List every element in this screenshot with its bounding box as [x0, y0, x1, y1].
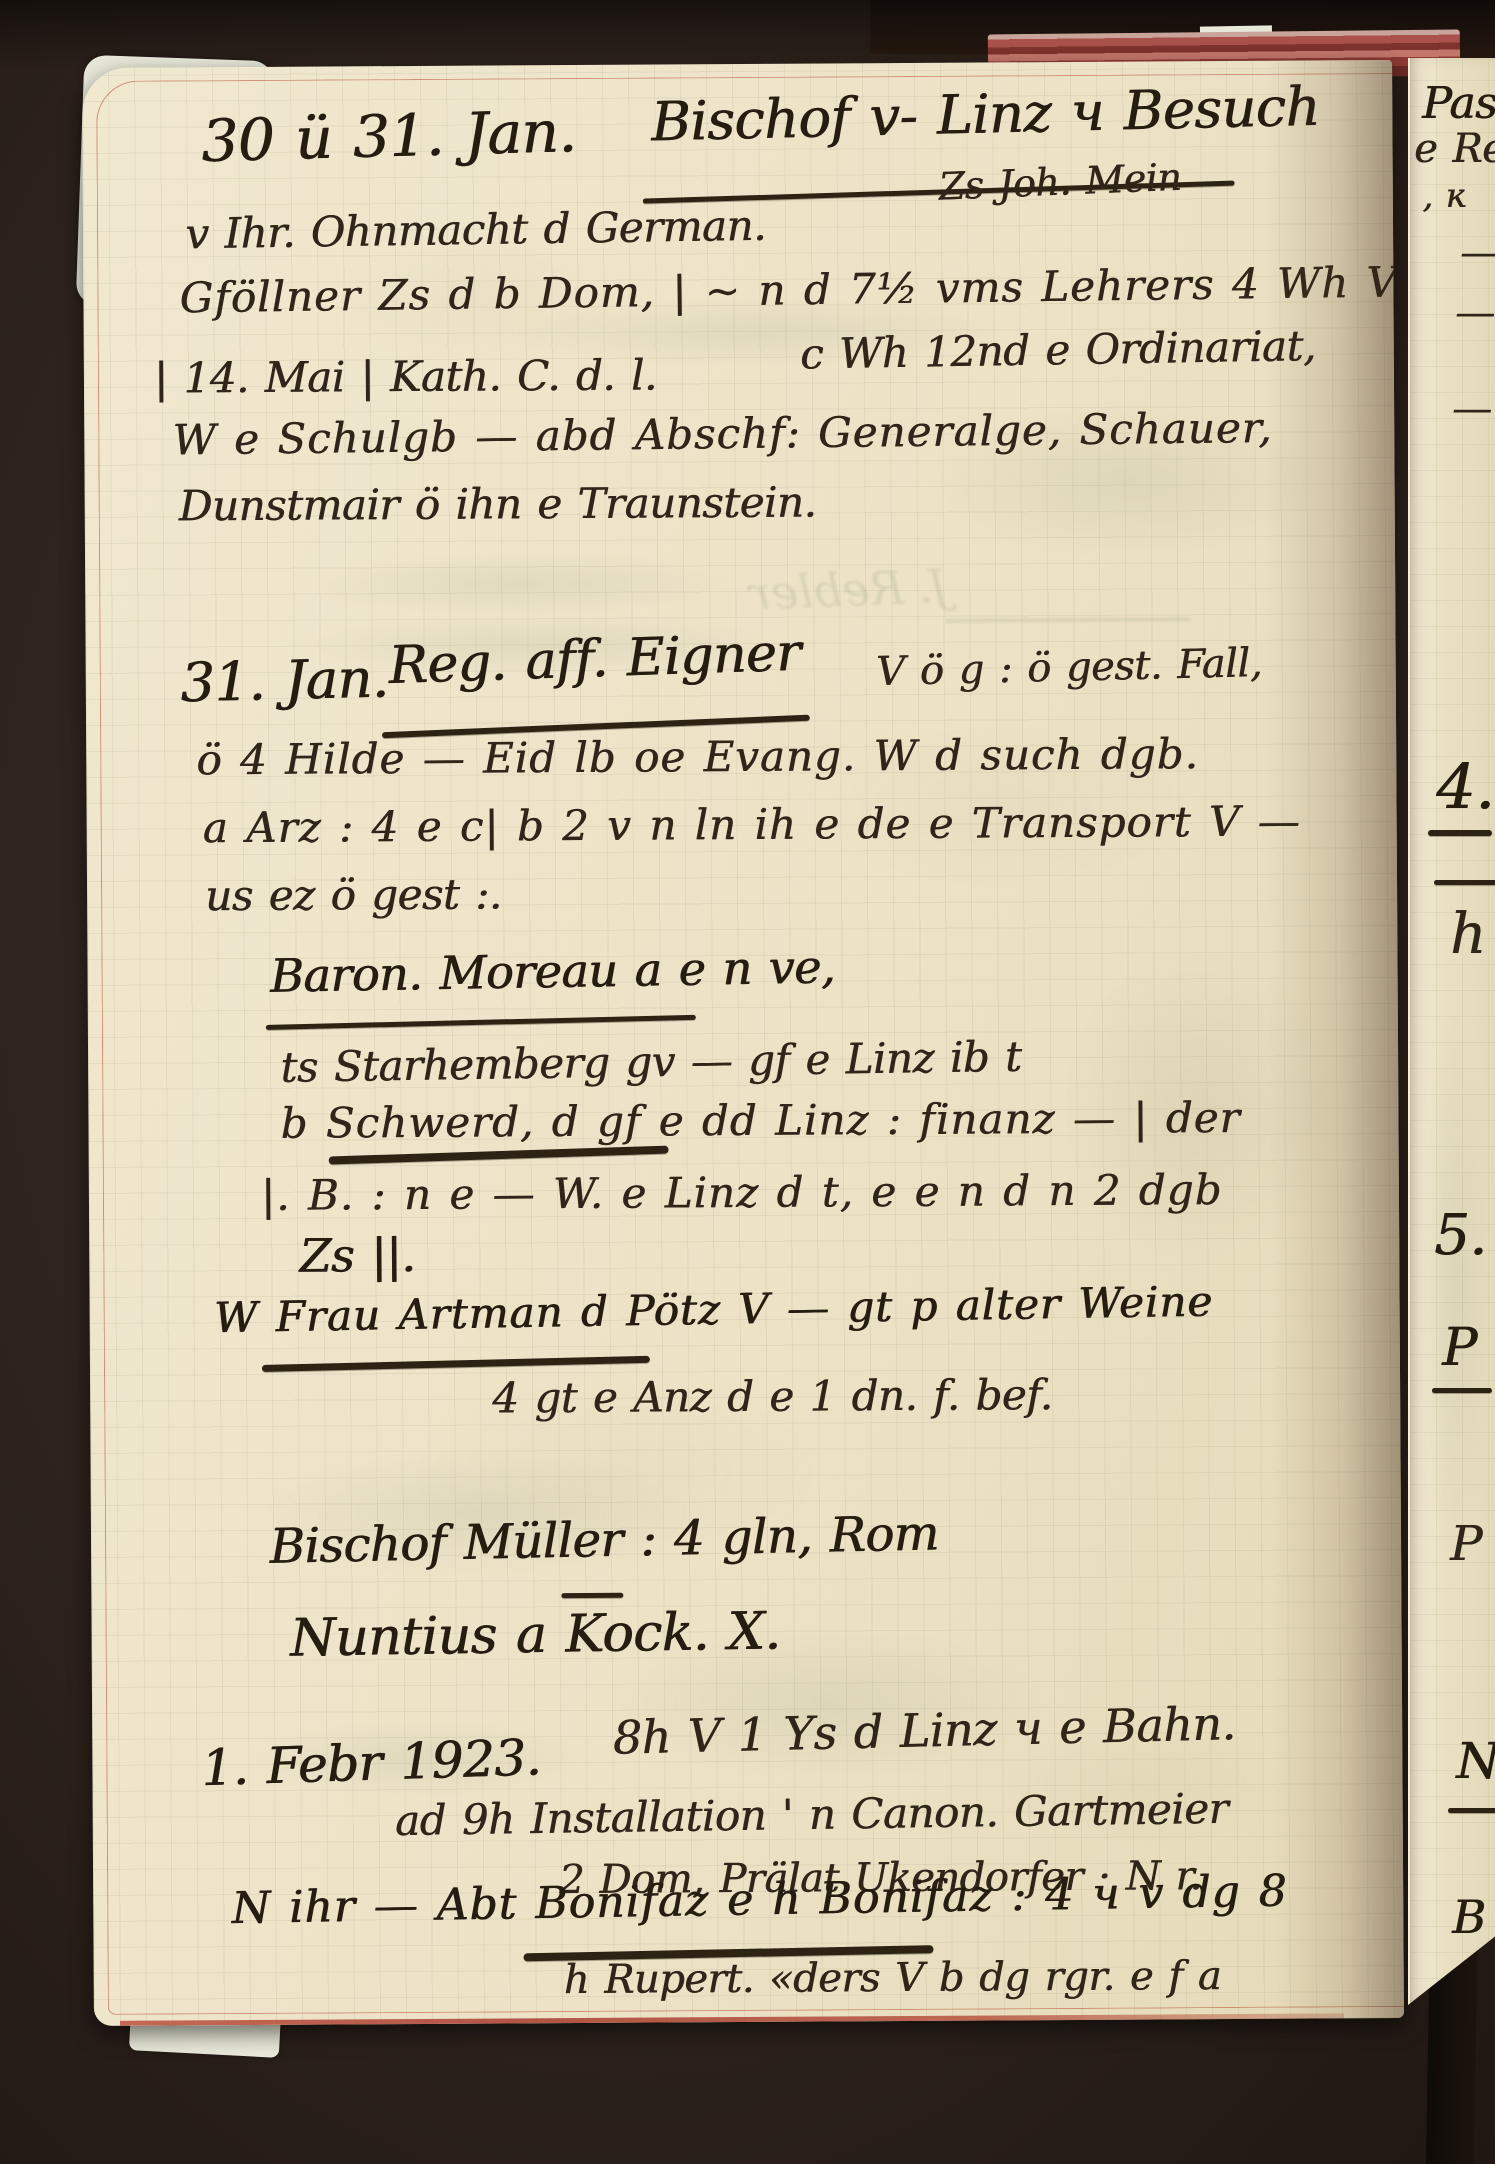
entry-8-title: N ihr — Abt Bonifaz e h Bonifaz : 4 ч v … — [231, 1866, 1288, 1935]
underline-entry-4 — [262, 1356, 650, 1372]
entry-2-title-suffix: V ö g : ö gest. Fall, — [876, 640, 1263, 695]
entry-1-date: 30 ü 31. Jan. — [200, 97, 577, 175]
right-fragment-3: — — [1460, 230, 1495, 276]
right-underline-n — [1448, 1808, 1495, 1813]
right-fragment-0: Pas — [1422, 78, 1495, 129]
bleedthrough-smudge — [305, 552, 735, 617]
notebook-photo: J. Rebler 30 ü 31. Jan. Bischof v- Linz … — [0, 0, 1495, 2164]
right-fragment-9: P — [1442, 1318, 1477, 1378]
right-fragment-11: N — [1456, 1732, 1495, 1790]
right-fragment-7: h — [1450, 902, 1486, 967]
entry-3-line-4: Zs ||. — [299, 1228, 415, 1283]
red-page-edge — [120, 2013, 1344, 2025]
entry-1-line-4: c Wh 12nd e Ordinariat, — [800, 321, 1316, 379]
entry-4-line-1: 4 gt e Anz d e 1 dn. f. bef. — [492, 1370, 1053, 1422]
entry-1-line-6: Dunstmair ö ihn e Traunstein. — [179, 478, 817, 531]
entry-4-title: W Frau Artman d Pötz V — gt p alter Wein… — [214, 1277, 1214, 1343]
entry-7-title: 8h V 1 Ys d Linz ч e Bahn. — [612, 1696, 1236, 1765]
right-fragment-2: ‚ ĸ — [1422, 176, 1466, 216]
entry-3-line-1: ts Starhemberg gv — gf e Linz ib t — [280, 1032, 1022, 1092]
right-fragment-6: 4. — [1436, 750, 1494, 823]
entry-2-date: 31. Jan. — [180, 647, 389, 715]
entry-2-title: Reg. aff. Eigner — [388, 623, 802, 696]
right-underline-p — [1432, 1388, 1492, 1393]
right-dash — [1434, 880, 1495, 885]
graph-grid — [1410, 58, 1495, 2005]
entry-2-line-1: ö 4 Hilde — Eid lb oe Evang. W d such dg… — [196, 729, 1199, 784]
entry-1-line-1: v Ihr. Ohnmacht d German. — [185, 201, 766, 259]
right-fragment-1: e Re — [1414, 126, 1495, 172]
entry-6-title: Nuntius a Kock. X. — [289, 1602, 780, 1669]
right-fragment-10: P — [1450, 1516, 1482, 1572]
entry-1-line-5: W e Schulgb — abd Abschf: Generalge, Sch… — [172, 403, 1272, 464]
entry-1-side-note: Zs Joh. Mein — [938, 155, 1182, 209]
entry-3-title: Baron. Moreau a e n ve, — [269, 940, 835, 1003]
entry-3-line-3: |. B. : n e — W. e Linz d t, e e n d n 2… — [261, 1165, 1223, 1220]
entry-2-line-2: a Arz : 4 e c| b 2 v n ln ih e de e Tran… — [203, 797, 1301, 853]
entry-3-line-2: b Schwerd, d gf e dd Linz : finanz — | d… — [280, 1093, 1240, 1148]
entry-2-line-3: us ez ö gest :. — [205, 869, 502, 920]
bleedthrough-underline — [945, 617, 1190, 622]
entry-8-line-1: h Rupert. «ders V b dg rgr. e f a — [564, 1953, 1222, 2003]
left-page: J. Rebler 30 ü 31. Jan. Bischof v- Linz … — [82, 60, 1404, 2026]
underline-entry-3 — [266, 1015, 696, 1030]
entry-7-line-1: ad 9h Installation ' n Canon. Gartmeier — [395, 1784, 1229, 1845]
right-fragment-5: — — [1452, 386, 1492, 432]
bleedthrough-smudge — [1420, 1008, 1490, 1568]
right-fragment-4: — — [1455, 290, 1495, 336]
entry-1-title: Bischof v- Linz ч Besuch — [650, 75, 1320, 154]
underline-schwerd — [329, 1146, 669, 1165]
right-fragment-8: 5. — [1434, 1203, 1486, 1268]
underline-entry-5 — [561, 1593, 623, 1598]
right-underline-4 — [1428, 830, 1492, 836]
entry-7-date: 1. Febr 1923. — [200, 1728, 541, 1797]
entry-1-line-2: Gföllner Zs d b Dom, | ~ n d 7½ vms Lehr… — [179, 257, 1398, 322]
right-page: Pas e Re ‚ ĸ — — — 4. h 5. P P N B — [1408, 58, 1495, 2005]
bleedthrough-text: J. Rebler — [748, 559, 949, 621]
entry-5-title: Bischof Müller : 4 gln, Rom — [269, 1505, 939, 1574]
entry-1-line-3: | 14. Mai | Kath. C. d. l. — [154, 351, 657, 403]
right-fragment-12: B — [1452, 1890, 1485, 1944]
